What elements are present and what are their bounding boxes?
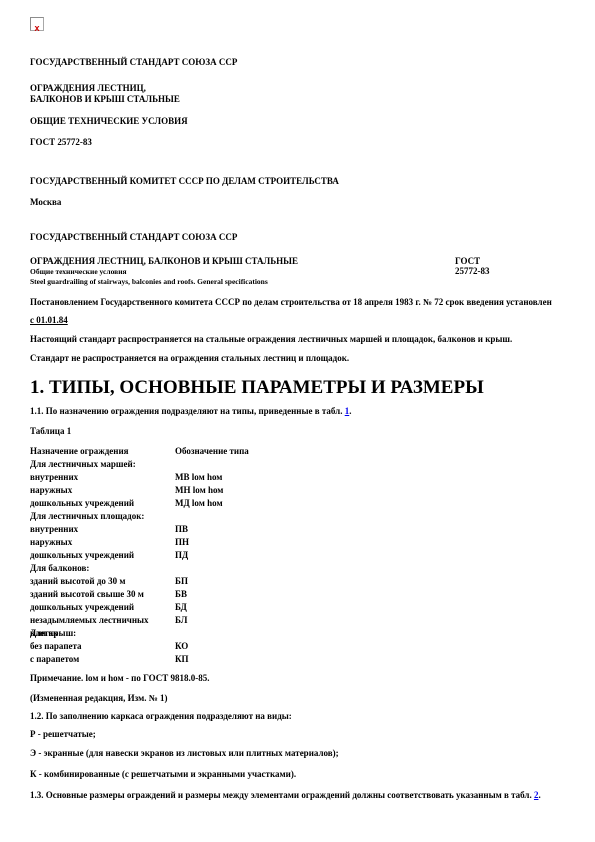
name-cell: незадымляемых лестничных клеток: [30, 614, 175, 627]
name-cell: Для лестничных маршей:: [30, 458, 175, 471]
doc-subtitle-en: Steel guardrailing of stairways, balconi…: [30, 277, 455, 287]
org-line-top: ГОСУДАРСТВЕННЫЙ СТАНДАРТ СОЮЗА ССР: [30, 57, 565, 68]
type-cell: БЛ: [175, 614, 565, 627]
org-line-repeat: ГОСУДАРСТВЕННЫЙ СТАНДАРТ СОЮЗА ССР: [30, 232, 565, 243]
paragraph-1-2: 1.2. По заполнению каркаса ограждения по…: [30, 711, 565, 722]
kind-item-k: К - комбинированные (с решетчатыми и экр…: [30, 769, 565, 780]
broken-image-x-glyph: x: [34, 23, 39, 33]
table-header-row: Назначение ограждения Обозначение типа: [30, 445, 565, 458]
doc-subtitle-top: ОБЩИЕ ТЕХНИЧЕСКИЕ УСЛОВИЯ: [30, 116, 565, 127]
type-cell: БД: [175, 601, 565, 614]
table-row: Для лестничных площадок:: [30, 510, 565, 523]
type-cell: КО: [175, 640, 565, 653]
name-cell: дошкольных учреждений: [30, 601, 175, 614]
decree-paragraph: Постановлением Государственного комитета…: [30, 296, 565, 309]
paragraph-1-3-text: 1.3. Основные размеры ограждений и разме…: [30, 790, 534, 800]
table-row: с парапетом КП: [30, 653, 565, 666]
broken-image-icon: x: [30, 17, 44, 31]
type-cell: [175, 510, 565, 523]
doc-title-line2: БАЛКОНОВ И КРЫШ СТАЛЬНЫЕ: [30, 94, 180, 104]
type-cell: ПН: [175, 536, 565, 549]
paragraph-1-3: 1.3. Основные размеры ограждений и разме…: [30, 790, 565, 801]
gost-badge: ГОСТ 25772-83: [455, 256, 565, 287]
table-row: внутренних ПВ: [30, 523, 565, 536]
paragraph-1-1-end: .: [349, 406, 351, 416]
name-cell: зданий высотой до 30 м: [30, 575, 175, 588]
section-1-heading: 1. ТИПЫ, ОСНОВНЫЕ ПАРАМЕТРЫ И РАЗМЕРЫ: [30, 376, 565, 400]
doc-title: ОГРАЖДЕНИЯ ЛЕСТНИЦ, БАЛКОНОВ И КРЫШ СТАЛ…: [30, 256, 455, 267]
table-row: без парапета КО: [30, 640, 565, 653]
type-cell: ПД: [175, 549, 565, 562]
type-cell: БВ: [175, 588, 565, 601]
city-line: Москва: [30, 197, 565, 208]
scope-paragraph-1: Настоящий стандарт распространяется на с…: [30, 334, 565, 345]
table-row: дошкольных учреждений ПД: [30, 549, 565, 562]
amendment-paragraph: (Измененная редакция, Изм. № 1): [30, 693, 565, 704]
name-cell: без парапета: [30, 640, 175, 653]
gost-badge-label: ГОСТ: [455, 256, 565, 266]
table-1: Назначение ограждения Обозначение типа Д…: [30, 445, 565, 666]
paragraph-1-3-end: .: [538, 790, 540, 800]
type-cell: ПВ: [175, 523, 565, 536]
table-row: Для лестничных маршей:: [30, 458, 565, 471]
paragraph-1-1-text: 1.1. По назначению ограждения подразделя…: [30, 406, 345, 416]
doc-title-line1: ОГРАЖДЕНИЯ ЛЕСТНИЦ,: [30, 83, 146, 93]
document-page: x ГОСУДАРСТВЕННЫЙ СТАНДАРТ СОЮЗА ССР ОГР…: [0, 0, 595, 842]
type-cell: КП: [175, 653, 565, 666]
scope-paragraph-2: Стандарт не распространяется на огражден…: [30, 353, 565, 364]
note-paragraph: Примечание. lом и hом - по ГОСТ 9818.0-8…: [30, 673, 565, 684]
gost-number-top: ГОСТ 25772-83: [30, 137, 565, 148]
title-block-left: ОГРАЖДЕНИЯ ЛЕСТНИЦ, БАЛКОНОВ И КРЫШ СТАЛ…: [30, 256, 455, 287]
name-cell: Для крыш:: [30, 627, 175, 640]
committee-line: ГОСУДАРСТВЕННЫЙ КОМИТЕТ СССР ПО ДЕЛАМ СТ…: [30, 176, 565, 187]
paragraph-1-1: 1.1. По назначению ограждения подразделя…: [30, 406, 565, 417]
type-cell: [175, 458, 565, 471]
col-header-type: Обозначение типа: [175, 445, 565, 458]
doc-subtitle-ru: Общие технические условия: [30, 267, 455, 277]
table-row: наружных МН lом hом: [30, 484, 565, 497]
table-1-caption: Таблица 1: [30, 426, 565, 437]
name-cell: Для лестничных площадок:: [30, 510, 175, 523]
kind-item-e: Э - экранные (для навески экранов из лис…: [30, 748, 565, 759]
type-cell: МН lом hом: [175, 484, 565, 497]
type-cell: МД lом hом: [175, 497, 565, 510]
table-row: незадымляемых лестничных клеток БЛ: [30, 614, 565, 627]
name-cell: наружных: [30, 536, 175, 549]
table-row: Для балконов:: [30, 562, 565, 575]
name-cell: наружных: [30, 484, 175, 497]
effective-date: с 01.01.84: [30, 315, 565, 326]
type-cell: [175, 627, 565, 640]
name-cell: внутренних: [30, 471, 175, 484]
type-cell: БП: [175, 575, 565, 588]
title-block: ОГРАЖДЕНИЯ ЛЕСТНИЦ, БАЛКОНОВ И КРЫШ СТАЛ…: [30, 256, 565, 287]
kind-item-r: Р - решетчатые;: [30, 729, 565, 740]
table-row: дошкольных учреждений МД lом hом: [30, 497, 565, 510]
table-row: зданий высотой до 30 м БП: [30, 575, 565, 588]
name-cell: дошкольных учреждений: [30, 497, 175, 510]
name-cell: дошкольных учреждений: [30, 549, 175, 562]
table-row: внутренних МВ lом hом: [30, 471, 565, 484]
type-cell: МВ lом hом: [175, 471, 565, 484]
name-cell: Для балконов:: [30, 562, 175, 575]
name-cell: с парапетом: [30, 653, 175, 666]
table-row: зданий высотой свыше 30 м БВ: [30, 588, 565, 601]
col-header-name: Назначение ограждения: [30, 445, 175, 458]
table-row: дошкольных учреждений БД: [30, 601, 565, 614]
name-cell: зданий высотой свыше 30 м: [30, 588, 175, 601]
table-row: Для крыш:: [30, 627, 565, 640]
type-cell: [175, 562, 565, 575]
doc-title-top: ОГРАЖДЕНИЯ ЛЕСТНИЦ,БАЛКОНОВ И КРЫШ СТАЛЬ…: [30, 83, 565, 105]
table-row: наружных ПН: [30, 536, 565, 549]
gost-badge-number: 25772-83: [455, 266, 565, 276]
name-cell: внутренних: [30, 523, 175, 536]
